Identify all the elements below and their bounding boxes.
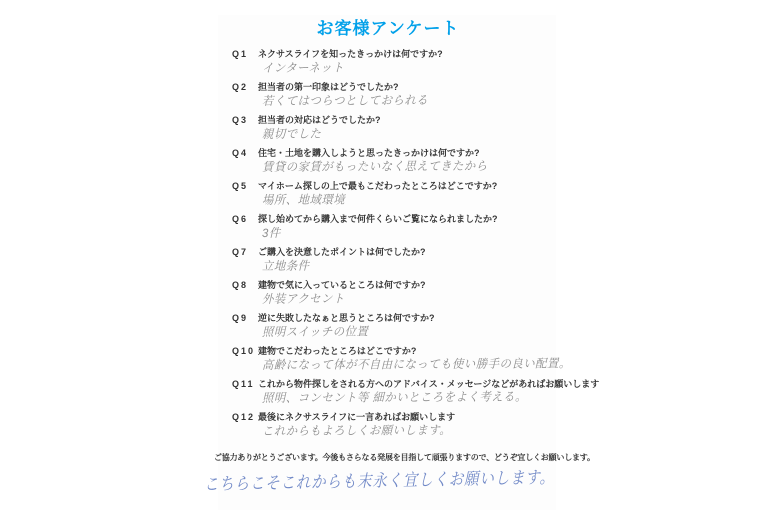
question-text: 探し始めてから購入まで何件くらいご覧になられましたか?	[258, 214, 498, 224]
qa-item: Q5マイホーム探しの上で最もこだわったところはどこですか? 場所、地域環境	[232, 180, 608, 208]
answer-handwritten: 高齢になって体が不自由になっても使い勝手の良い配置。	[262, 356, 591, 373]
question-text: 逆に失敗したなぁと思うところは何ですか?	[258, 313, 435, 323]
answer-handwritten: これからもよろしくお願いします。	[262, 422, 591, 439]
question-line: Q4住宅・土地を購入しようと思ったきっかけは何ですか?	[232, 147, 608, 159]
question-text: ご購入を決意したポイントは何でしたか?	[258, 247, 426, 257]
question-text: これから物件探しをされる方へのアドバイス・メッセージなどがあればお願いします	[258, 379, 599, 389]
question-line: Q2担当者の第一印象はどうでしたか?	[232, 81, 608, 93]
question-text: マイホーム探しの上で最もこだわったところはどこですか?	[258, 181, 497, 191]
question-number: Q7	[232, 246, 258, 258]
question-number: Q3	[232, 114, 258, 126]
answer-handwritten: 賃貸の家賃がもったいなく思えてきたから	[262, 158, 591, 175]
question-line: Q6探し始めてから購入まで何件くらいご覧になられましたか?	[232, 213, 608, 225]
answer-handwritten: 外装アクセント	[262, 290, 591, 307]
question-line: Q3担当者の対応はどうでしたか?	[232, 114, 608, 126]
question-line: Q1ネクサスライフを知ったきっかけは何ですか?	[232, 48, 608, 60]
question-line: Q11これから物件探しをされる方へのアドバイス・メッセージなどがあればお願いしま…	[232, 378, 608, 390]
question-number: Q11	[232, 378, 258, 390]
question-number: Q6	[232, 213, 258, 225]
qa-item: Q2担当者の第一印象はどうでしたか? 若くてはつらつとしておられる	[232, 81, 608, 109]
qa-item: Q7ご購入を決意したポイントは何でしたか? 立地条件	[232, 246, 608, 274]
question-line: Q8建物で気に入っているところは何ですか?	[232, 279, 608, 291]
question-number: Q1	[232, 48, 258, 60]
qa-item: Q10建物でこだわったところはどこですか? 高齢になって体が不自由になっても使い…	[232, 345, 608, 373]
question-text: 担当者の第一印象はどうでしたか?	[258, 82, 399, 92]
question-line: Q5マイホーム探しの上で最もこだわったところはどこですか?	[232, 180, 608, 192]
qa-item: Q8建物で気に入っているところは何ですか? 外装アクセント	[232, 279, 608, 307]
question-number: Q5	[232, 180, 258, 192]
survey-content: お客様アンケート Q1ネクサスライフを知ったきっかけは何ですか? インターネット…	[218, 0, 608, 495]
question-number: Q10	[232, 345, 258, 357]
question-text: 担当者の対応はどうでしたか?	[258, 115, 381, 125]
qa-item: Q6探し始めてから購入まで何件くらいご覧になられましたか? 3件	[232, 213, 608, 241]
footer: ご協力ありがとうございます。今後もさらなる発展を目指して頑張りますので、どうぞ宜…	[214, 452, 608, 495]
qa-item: Q3担当者の対応はどうでしたか? 親切でした	[232, 114, 608, 142]
question-text: 住宅・土地を購入しようと思ったきっかけは何ですか?	[258, 148, 480, 158]
question-text: ネクサスライフを知ったきっかけは何ですか?	[258, 49, 443, 59]
question-text: 建物でこだわったところはどこですか?	[258, 346, 416, 356]
question-number: Q4	[232, 147, 258, 159]
answer-handwritten: 親切でした	[262, 125, 591, 142]
qa-item: Q1ネクサスライフを知ったきっかけは何ですか? インターネット	[232, 48, 608, 76]
qa-item: Q11これから物件探しをされる方へのアドバイス・メッセージなどがあればお願いしま…	[232, 378, 608, 406]
qa-list: Q1ネクサスライフを知ったきっかけは何ですか? インターネット Q2担当者の第一…	[232, 48, 608, 439]
answer-handwritten: 3件	[262, 224, 591, 241]
question-number: Q8	[232, 279, 258, 291]
question-line: Q10建物でこだわったところはどこですか?	[232, 345, 608, 357]
answer-handwritten: 立地条件	[262, 257, 591, 274]
question-number: Q9	[232, 312, 258, 324]
qa-item: Q12最後にネクサスライフに一言あればお願いします これからもよろしくお願いしま…	[232, 411, 608, 439]
answer-handwritten: インターネット	[262, 59, 591, 76]
qa-item: Q9逆に失敗したなぁと思うところは何ですか? 照明スイッチの位置	[232, 312, 608, 340]
question-line: Q7ご購入を決意したポイントは何でしたか?	[232, 246, 608, 258]
question-text: 建物で気に入っているところは何ですか?	[258, 280, 426, 290]
question-number: Q12	[232, 411, 258, 423]
qa-item: Q4住宅・土地を購入しようと思ったきっかけは何ですか? 賃貸の家賃がもったいなく…	[232, 147, 608, 175]
question-line: Q9逆に失敗したなぁと思うところは何ですか?	[232, 312, 608, 324]
question-number: Q2	[232, 81, 258, 93]
answer-handwritten: 若くてはつらつとしておられる	[262, 92, 591, 109]
footer-thanks-text: ご協力ありがとうございます。今後もさらなる発展を目指して頑張りますので、どうぞ宜…	[214, 452, 608, 463]
footer-handwritten-reply: こちらこそこれからも末永く宜しくお願いします。	[204, 463, 548, 495]
answer-handwritten: 場所、地域環境	[262, 191, 591, 208]
survey-page: お客様アンケート Q1ネクサスライフを知ったきっかけは何ですか? インターネット…	[0, 0, 780, 510]
question-line: Q12最後にネクサスライフに一言あればお願いします	[232, 411, 608, 423]
question-text: 最後にネクサスライフに一言あればお願いします	[258, 412, 455, 422]
answer-handwritten: 照明スイッチの位置	[262, 323, 591, 340]
answer-handwritten: 照明、コンセント等 細かいところをよく考える。	[262, 389, 591, 406]
page-title: お客様アンケート	[218, 14, 558, 39]
